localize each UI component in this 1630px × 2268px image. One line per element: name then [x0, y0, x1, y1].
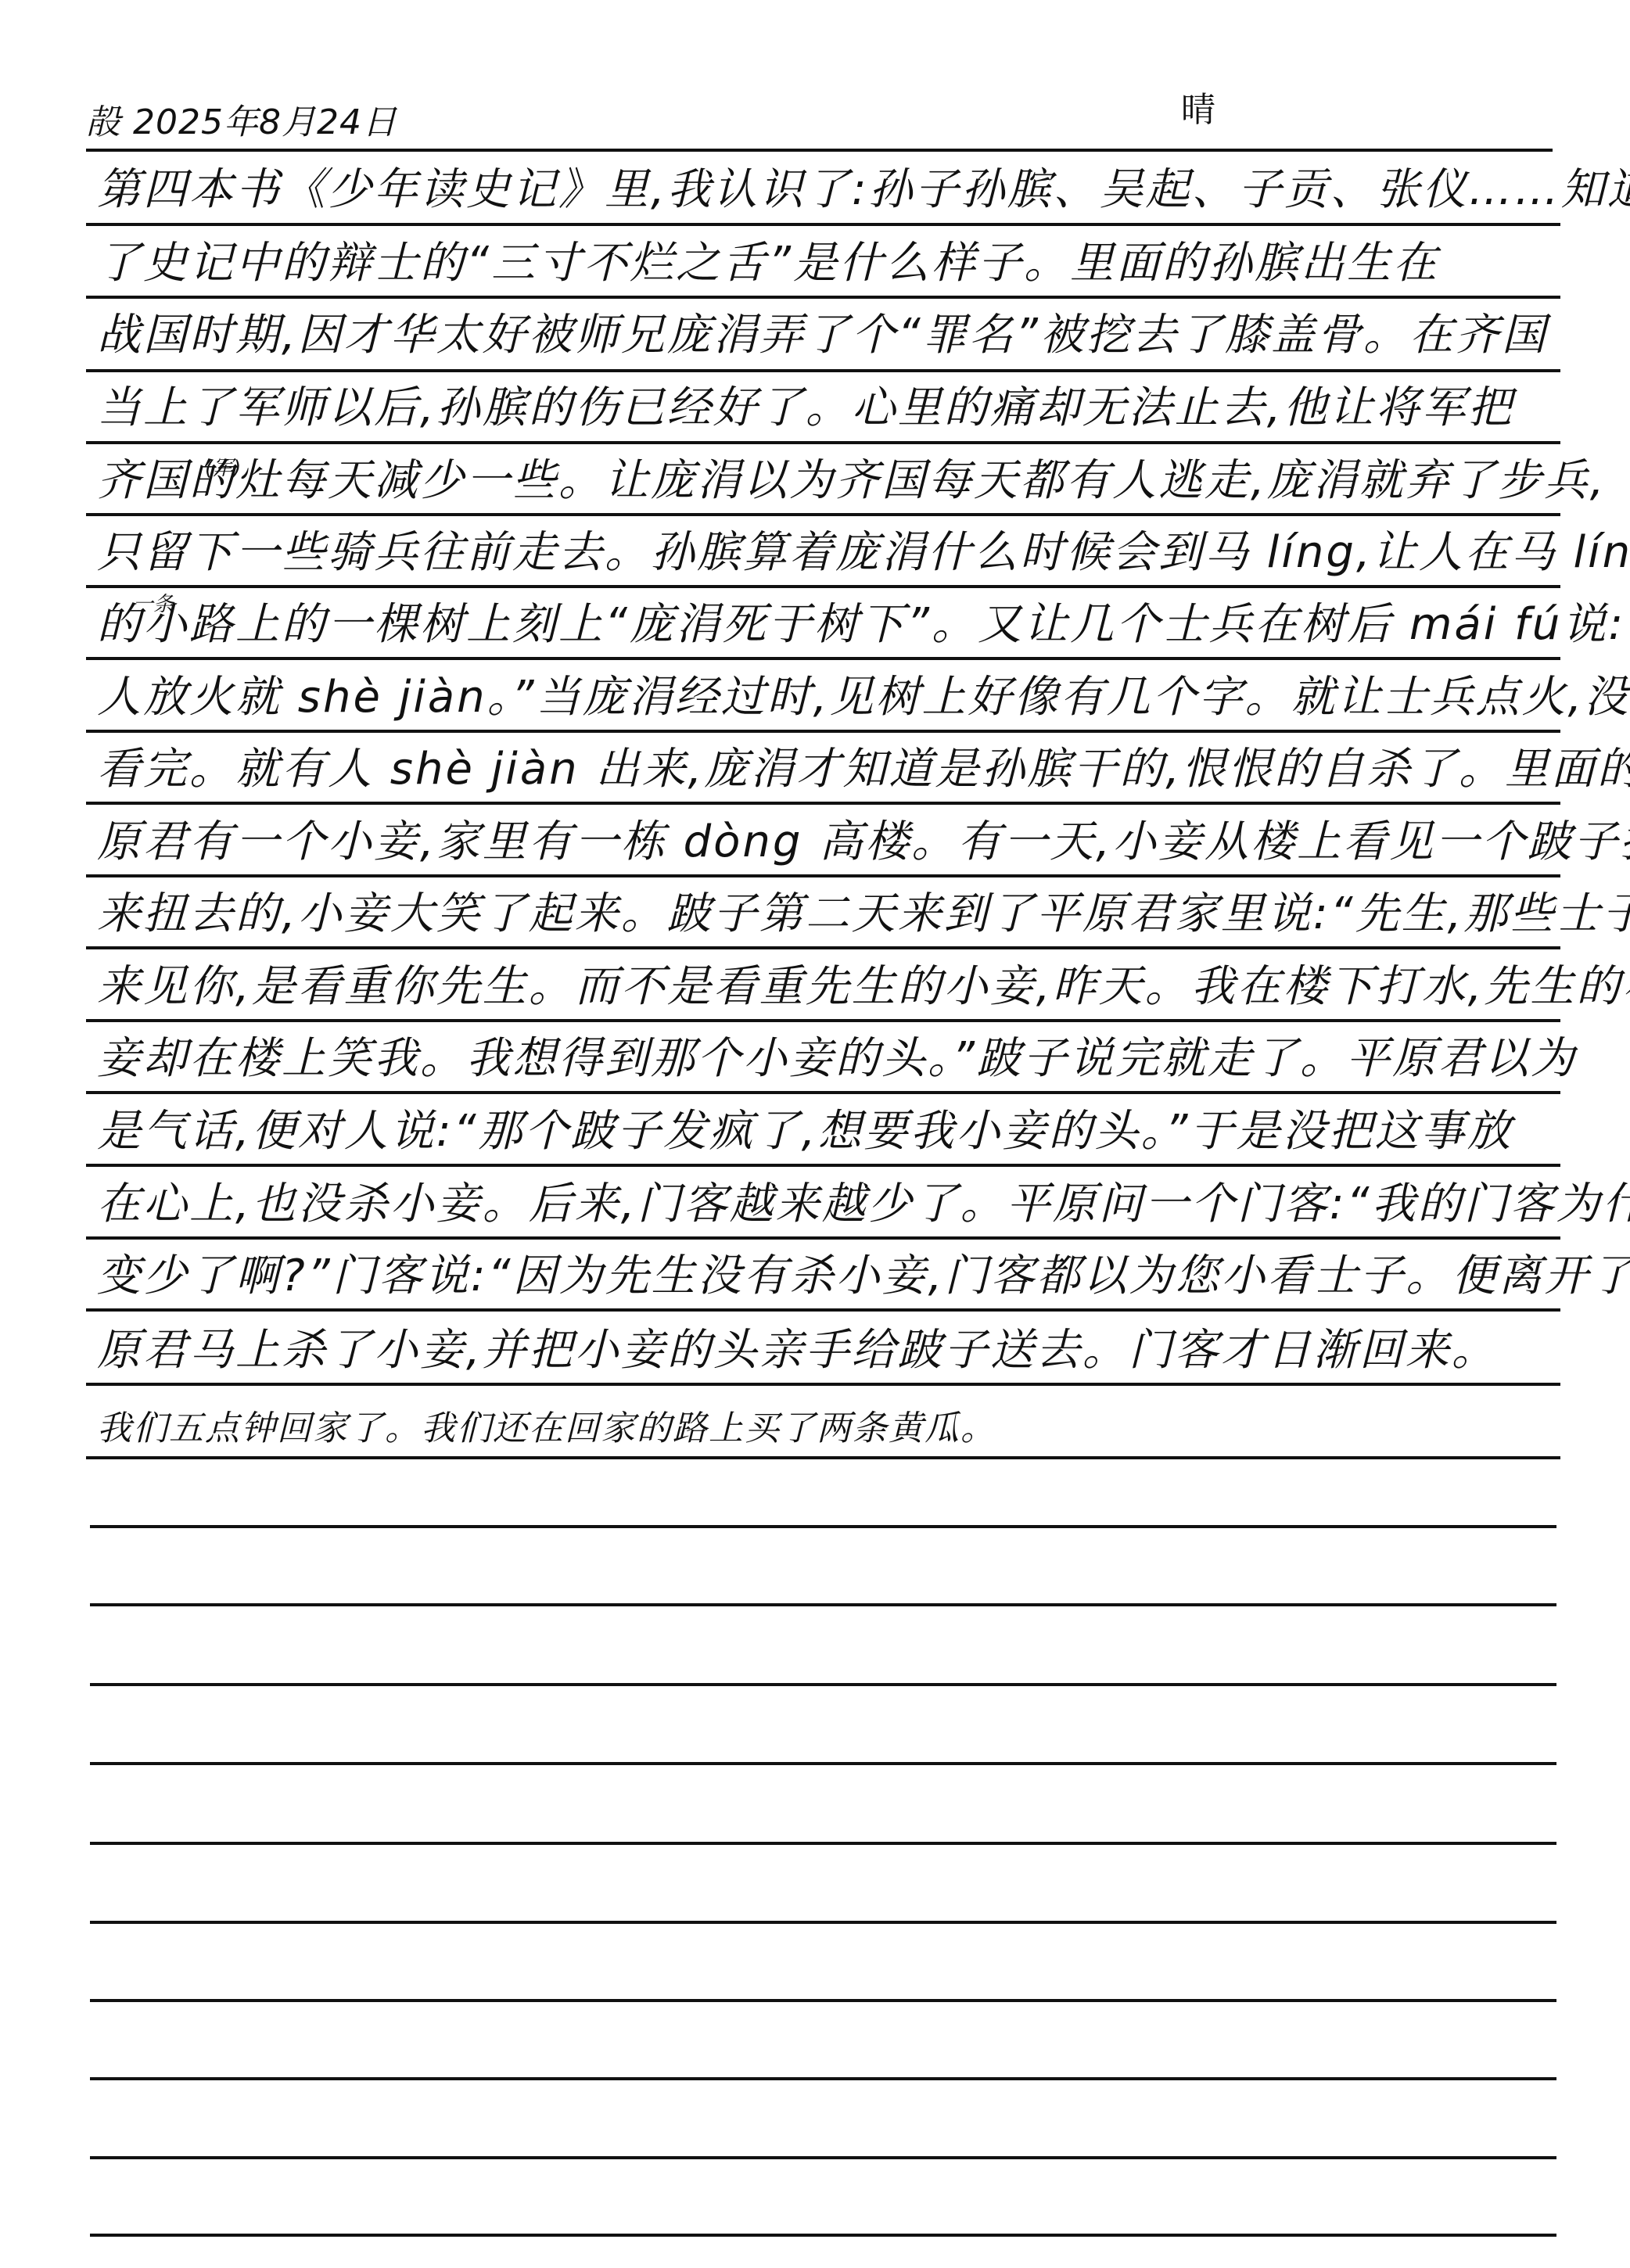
empty-line-rule [90, 1683, 1556, 1686]
empty-line-rule [90, 2156, 1556, 2159]
text-line: 来见你,是看重你先生。而不是看重先生的小妾,昨天。我在楼下打水,先生的小 [86, 950, 1560, 1022]
text-line: 了史记中的辩士的“三寸不烂之舌”是什么样子。里面的孙膑出生在 [86, 227, 1560, 299]
empty-line-rule [90, 1921, 1556, 1924]
line-rule [86, 657, 1560, 660]
text-line: 看完。就有人 shè jiàn 出来,庞涓才知道是孙膑干的,恨恨的自杀了。里面的… [86, 733, 1560, 805]
text-line: 我们五点钟回家了。我们还在回家的路上买了两条黄瓜。 [86, 1386, 1560, 1458]
line-rule [86, 223, 1560, 226]
line-rule [86, 1308, 1560, 1312]
empty-line-rule [90, 1762, 1556, 1765]
empty-line-rule [90, 1842, 1556, 1845]
text-line: 妾却在楼上笑我。我想得到那个小妾的头。”跛子说完就走了。平原君以为 [86, 1022, 1560, 1094]
text-line: 在心上,也没杀小妾。后来,门客越来越少了。平原问一个门客:“我的门客为什么 [86, 1168, 1560, 1240]
text-line: 人放火就 shè jiàn。”当庞涓经过时,见树上好像有几个字。就让士兵点火,没… [86, 661, 1560, 733]
empty-line-rule [90, 2077, 1556, 2080]
empty-line-rule [90, 1525, 1556, 1528]
text-line: 原君马上杀了小妾,并把小妾的头亲手给跛子送去。门客才日渐回来。 [86, 1314, 1560, 1386]
text-line: 当上了军师以后,孙膑的伤已经好了。心里的痛却无法止去,他让将军把 [86, 371, 1560, 443]
line-rule [86, 1164, 1560, 1167]
line-rule [86, 1456, 1560, 1459]
text-line: 第四本书《少年读史记》里,我认识了:孙子孙膑、吴起、子贡、张仪……知道 [86, 153, 1560, 225]
text-line: 战国时期,因才华太好被师兄庞涓弄了个“罪名”被挖去了膝盖骨。在齐国 [86, 299, 1560, 371]
empty-line-rule [90, 1603, 1556, 1606]
text-line: 齐国的灶每天减少一些。让庞涓以为齐国每天都有人逃走,庞涓就弃了步兵, [86, 444, 1560, 516]
text-line: 变少了啊?”门客说:“因为先生没有杀小妾,门客都以为您小看士子。便离开了。”平 [86, 1240, 1560, 1312]
text-line: 是气话,便对人说:“那个跛子发疯了,想要我小妾的头。”于是没把这事放 [86, 1095, 1560, 1167]
line-rule [86, 802, 1560, 805]
notebook-page: 㱿 2025年8月24日 晴 第四本书《少年读史记》里,我认识了:孙子孙膑、吴起… [0, 0, 1630, 2268]
text-line: 原君有一个小妾,家里有一栋 dòng 高楼。有一天,小妾从楼上看见一个跛子打水。… [86, 806, 1560, 877]
empty-line-rule [90, 1999, 1556, 2002]
text-line: 的小路上的一棵树上刻上“庞涓死于树下”。又让几个士兵在树后 mái fú说:“有 [86, 588, 1560, 660]
line-rule [86, 946, 1560, 949]
line-rule [86, 1091, 1560, 1094]
empty-line-rule [90, 2234, 1556, 2237]
header-rule [86, 149, 1553, 152]
text-line: 只留下一些骑兵往前走去。孙膑算着庞涓什么时候会到马 líng,让人在马 líng [86, 516, 1560, 588]
diary-header: 㱿 2025年8月24日 晴 [86, 84, 1553, 155]
weather-label: 晴 [1181, 81, 1215, 131]
date-label: 㱿 2025年8月24日 [86, 94, 397, 144]
text-line: 来扭去的,小妾大笑了起来。跛子第二天来到了平原君家里说:“先生,那些士子 [86, 877, 1560, 949]
